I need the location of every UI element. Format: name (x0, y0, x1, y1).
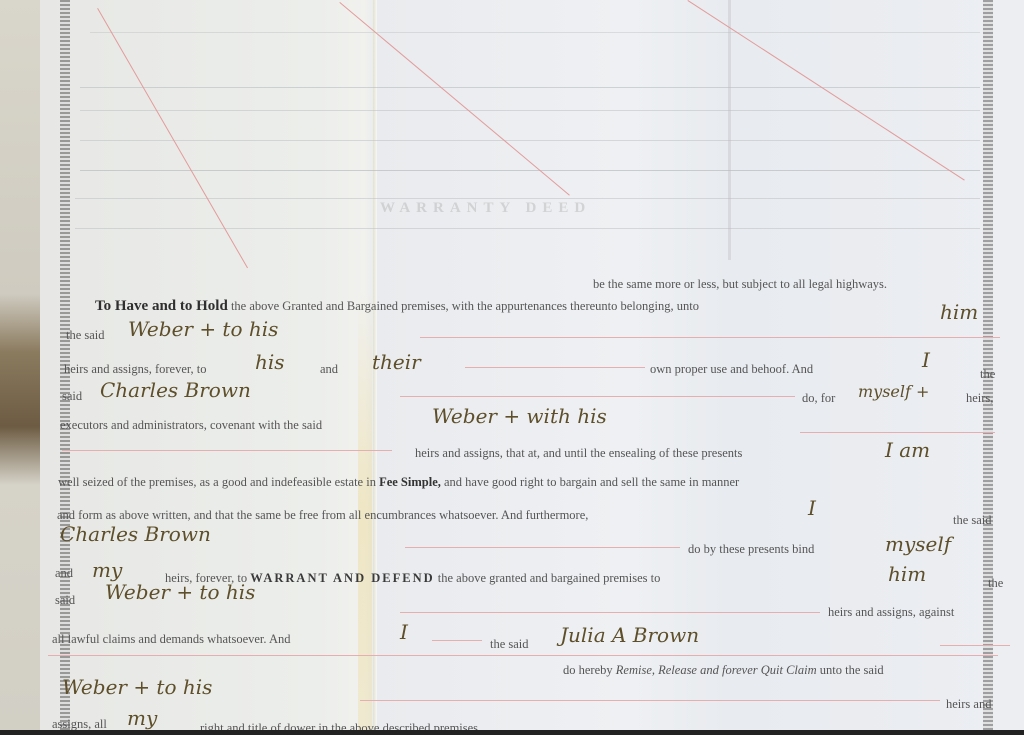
handwritten-field: Charles Brown (100, 378, 251, 402)
text-line: heirs and assigns, that at, and until th… (415, 446, 742, 461)
handwritten-field: myself (885, 532, 951, 556)
text-line: heirs and assigns, against (828, 605, 954, 620)
fold-crease (728, 0, 731, 260)
blank-rule (80, 87, 980, 88)
handwritten-field: my (92, 558, 122, 582)
heading-habendum: To Have and to Hold (95, 298, 228, 314)
blank-rule (80, 110, 980, 111)
blank-rule (75, 198, 980, 199)
text-line: the (988, 576, 1003, 591)
fill-line (465, 367, 645, 368)
text-line: said (62, 389, 82, 404)
handwritten-field: Weber + to his (62, 675, 212, 699)
handwritten-field: I am (885, 438, 930, 462)
text-line: heirs and assigns, forever, to (64, 362, 207, 377)
fill-line (405, 547, 680, 548)
fill-line (432, 640, 482, 641)
fill-line (400, 612, 820, 613)
ghost-title: WARRANTY DEED (380, 200, 591, 217)
text-line: the said (66, 328, 105, 343)
blank-rule (75, 228, 980, 229)
text-line: said (55, 593, 75, 608)
text-line: heirs, (966, 391, 993, 406)
text-line: well seized of the premises, as a good a… (58, 475, 739, 490)
handwritten-field: I (922, 348, 930, 372)
handwritten-field: him (940, 300, 978, 324)
handwritten-field: his (255, 350, 285, 374)
handwritten-field: myself + (858, 382, 929, 401)
handwritten-field: I (808, 496, 816, 520)
text-line: own proper use and behoof. And (650, 362, 813, 377)
text-line: do hereby Remise, Release and forever Qu… (563, 663, 884, 678)
text-line: be the same more or less, but subject to… (593, 277, 887, 292)
handwritten-field: Julia A Brown (560, 623, 699, 647)
handwritten-field: Weber + with his (432, 404, 607, 428)
text-line: and form as above written, and that the … (57, 508, 588, 523)
handwritten-field: Weber + to his (128, 317, 278, 341)
text-line: the said (490, 637, 529, 652)
table-surface (0, 0, 44, 735)
fill-line (62, 450, 392, 451)
text-line: To Have and to Hold the above Granted an… (95, 298, 699, 315)
fill-line (420, 337, 1000, 338)
text-line: and (55, 566, 73, 581)
fill-line (940, 645, 1010, 646)
text-line: all lawful claims and demands whatsoever… (52, 632, 290, 647)
handwritten-field: Charles Brown (60, 522, 211, 546)
fill-line (48, 655, 998, 656)
handwritten-field: their (372, 350, 421, 374)
blank-rule (80, 170, 980, 171)
fill-line (800, 432, 995, 433)
photo-edge (0, 730, 1024, 735)
text-line: and (320, 362, 338, 377)
handwritten-field: I (400, 620, 408, 644)
text-line: the (980, 367, 995, 382)
fill-line (360, 700, 940, 701)
handwritten-field: him (888, 562, 926, 586)
text-line: executors and administrators, covenant w… (60, 418, 322, 433)
blank-rule (80, 140, 980, 141)
handwritten-field: Weber + to his (105, 580, 255, 604)
text-line: do by these presents bind (688, 542, 814, 557)
blank-rule (90, 32, 980, 33)
text-line: do, for (802, 391, 835, 406)
text-line: the said (953, 513, 992, 528)
fill-line (400, 396, 795, 397)
text-line: heirs and (946, 697, 991, 712)
handwritten-field: my (127, 706, 157, 730)
